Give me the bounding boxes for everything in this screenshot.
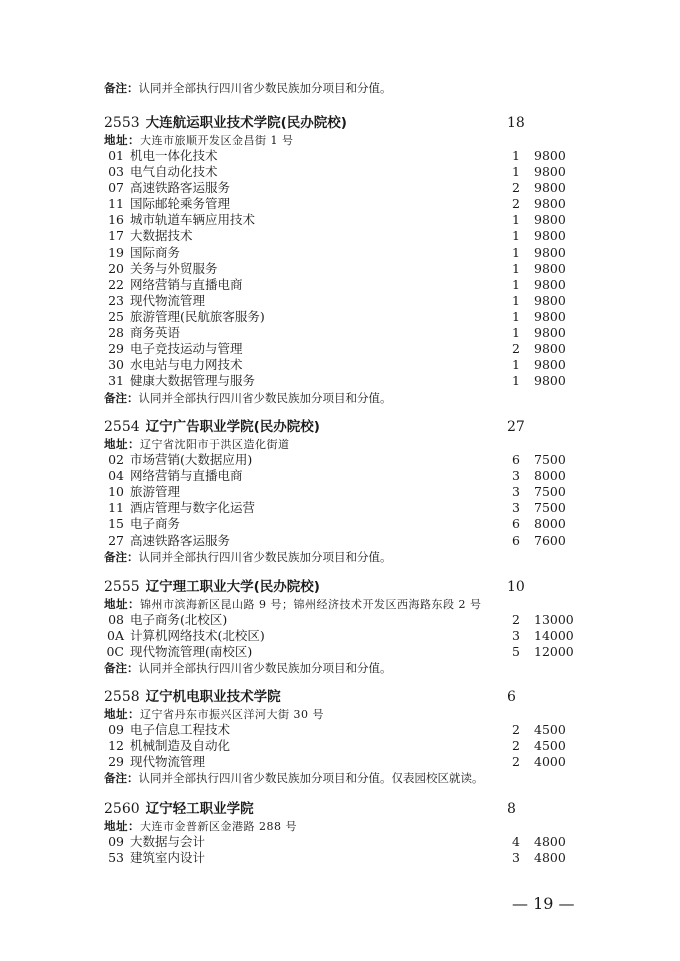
note-text: 认同并全部执行四川省少数民族加分项目和分值。仅表园校区就读。 <box>139 771 484 785</box>
school-header: 2555辽宁理工职业大学(民办院校)10 <box>104 578 320 596</box>
school-header: 2558辽宁机电职业技术学院6 <box>104 688 281 706</box>
major-quota: 1 <box>510 293 520 309</box>
major-quota: 1 <box>510 357 520 373</box>
school-note: 备注：认同并全部执行四川省少数民族加分项目和分值。 <box>104 660 392 676</box>
major-fee: 4800 <box>534 850 566 866</box>
major-code: 17 <box>104 228 124 244</box>
major-fee: 4800 <box>534 834 566 850</box>
major-name: 计算机网络技术(北校区) <box>130 628 265 643</box>
major-fee: 13000 <box>534 612 574 628</box>
major-quota: 1 <box>510 325 520 341</box>
major-quota: 1 <box>510 245 520 261</box>
school-code: 2554 <box>104 419 140 435</box>
major-name: 电子商务(北校区) <box>130 612 227 627</box>
major-row: 07高速铁路客运服务29800 <box>104 180 230 196</box>
school-total: 18 <box>507 114 525 132</box>
major-code: 04 <box>104 468 124 484</box>
major-fee: 7600 <box>534 533 566 549</box>
major-code: 09 <box>104 834 124 850</box>
note-label: 备注： <box>104 391 139 405</box>
major-fee: 8000 <box>534 468 566 484</box>
note-text: 认同并全部执行四川省少数民族加分项目和分值。 <box>139 661 392 675</box>
major-code: 07 <box>104 180 124 196</box>
major-name: 电子商务 <box>130 516 180 531</box>
major-fee: 9800 <box>534 373 566 389</box>
major-quota: 3 <box>510 850 520 866</box>
major-row: 04网络营销与直播电商38000 <box>104 468 243 484</box>
school-code: 2553 <box>104 115 140 131</box>
major-fee: 9800 <box>534 148 566 164</box>
school-address: 地址：大连市旅顺开发区金昌街 1 号 <box>104 132 294 148</box>
major-code: 15 <box>104 516 124 532</box>
major-row: 09大数据与会计44800 <box>104 834 205 850</box>
major-row: 0C现代物流管理(南校区)512000 <box>104 644 252 660</box>
major-fee: 9800 <box>534 196 566 212</box>
major-name: 酒店管理与数字化运营 <box>130 500 255 515</box>
major-quota: 1 <box>510 261 520 277</box>
school-name: 辽宁轻工职业学院 <box>146 801 254 817</box>
major-quota: 2 <box>510 722 520 738</box>
school-address: 地址：锦州市滨海新区昆山路 9 号；锦州经济技术开发区西海路东段 2 号 <box>104 596 481 612</box>
school-name: 辽宁广告职业学院(民办院校) <box>146 419 320 435</box>
major-row: 53建筑室内设计34800 <box>104 850 205 866</box>
major-code: 10 <box>104 484 124 500</box>
note-label: 备注： <box>104 661 139 675</box>
address-label: 地址： <box>104 597 140 611</box>
major-row: 16城市轨道车辆应用技术19800 <box>104 212 255 228</box>
major-code: 30 <box>104 357 124 373</box>
major-quota: 2 <box>510 196 520 212</box>
major-fee: 9800 <box>534 245 566 261</box>
major-row: 09电子信息工程技术24500 <box>104 722 230 738</box>
school-address: 地址：辽宁省丹东市振兴区洋河大街 30 号 <box>104 706 324 722</box>
major-name: 大数据与会计 <box>130 834 205 849</box>
major-fee: 9800 <box>534 212 566 228</box>
major-fee: 7500 <box>534 500 566 516</box>
major-quota: 6 <box>510 533 520 549</box>
major-name: 高速铁路客运服务 <box>130 180 230 195</box>
top-note: 备注：认同并全部执行四川省少数民族加分项目和分值。 <box>104 80 392 96</box>
major-name: 旅游管理 <box>130 484 180 499</box>
major-row: 11国际邮轮乘务管理29800 <box>104 196 230 212</box>
major-row: 17大数据技术19800 <box>104 228 193 244</box>
major-code: 11 <box>104 500 124 516</box>
major-row: 11酒店管理与数字化运营37500 <box>104 500 255 516</box>
address-text: 辽宁省沈阳市于洪区造化街道 <box>140 438 290 451</box>
school-address: 地址：辽宁省沈阳市于洪区造化街道 <box>104 436 290 452</box>
major-name: 关务与外贸服务 <box>130 261 218 276</box>
school-name: 辽宁理工职业大学(民办院校) <box>146 579 320 595</box>
major-code: 0A <box>104 628 124 644</box>
major-name: 建筑室内设计 <box>130 850 205 865</box>
major-name: 健康大数据管理与服务 <box>130 373 255 388</box>
address-text: 大连市金普新区金港路 288 号 <box>140 820 297 833</box>
major-fee: 9800 <box>534 164 566 180</box>
note-text: 认同并全部执行四川省少数民族加分项目和分值。 <box>139 550 392 564</box>
major-name: 机械制造及自动化 <box>130 738 230 753</box>
major-row: 29电子竞技运动与管理29800 <box>104 341 243 357</box>
major-name: 网络营销与直播电商 <box>130 277 243 292</box>
school-note: 备注：认同并全部执行四川省少数民族加分项目和分值。仅表园校区就读。 <box>104 770 484 786</box>
major-quota: 2 <box>510 341 520 357</box>
major-quota: 6 <box>510 452 520 468</box>
note-label: 备注： <box>104 771 139 785</box>
major-code: 01 <box>104 148 124 164</box>
school-total: 10 <box>507 578 525 596</box>
major-name: 现代物流管理 <box>130 293 205 308</box>
major-code: 31 <box>104 373 124 389</box>
school-address: 地址：大连市金普新区金港路 288 号 <box>104 818 297 834</box>
major-code: 08 <box>104 612 124 628</box>
major-name: 电子信息工程技术 <box>130 722 230 737</box>
major-fee: 9800 <box>534 228 566 244</box>
major-row: 08电子商务(北校区)213000 <box>104 612 227 628</box>
major-row: 19国际商务19800 <box>104 245 180 261</box>
major-row: 0A计算机网络技术(北校区)314000 <box>104 628 265 644</box>
major-row: 03电气自动化技术19800 <box>104 164 218 180</box>
major-fee: 9800 <box>534 180 566 196</box>
major-quota: 6 <box>510 516 520 532</box>
major-quota: 3 <box>510 500 520 516</box>
major-name: 大数据技术 <box>130 228 193 243</box>
school-name: 辽宁机电职业技术学院 <box>146 689 281 705</box>
major-name: 电气自动化技术 <box>130 164 218 179</box>
major-fee: 9800 <box>534 357 566 373</box>
school-total: 8 <box>507 800 516 818</box>
major-row: 28商务英语19800 <box>104 325 180 341</box>
major-name: 机电一体化技术 <box>130 148 218 163</box>
school-code: 2555 <box>104 579 140 595</box>
major-fee: 4500 <box>534 722 566 738</box>
major-fee: 4500 <box>534 738 566 754</box>
major-name: 现代物流管理(南校区) <box>130 644 252 659</box>
major-row: 20关务与外贸服务19800 <box>104 261 218 277</box>
address-label: 地址： <box>104 707 140 721</box>
major-code: 02 <box>104 452 124 468</box>
major-quota: 1 <box>510 228 520 244</box>
major-name: 国际邮轮乘务管理 <box>130 196 230 211</box>
address-text: 锦州市滨海新区昆山路 9 号；锦州经济技术开发区西海路东段 2 号 <box>140 598 481 611</box>
major-quota: 1 <box>510 277 520 293</box>
major-fee: 9800 <box>534 277 566 293</box>
major-fee: 9800 <box>534 261 566 277</box>
page-number: — 19 — <box>512 894 575 913</box>
major-name: 市场营销(大数据应用) <box>130 452 252 467</box>
major-fee: 8000 <box>534 516 566 532</box>
major-code: 27 <box>104 533 124 549</box>
school-note: 备注：认同并全部执行四川省少数民族加分项目和分值。 <box>104 390 392 406</box>
major-name: 高速铁路客运服务 <box>130 533 230 548</box>
major-quota: 4 <box>510 834 520 850</box>
major-fee: 7500 <box>534 484 566 500</box>
major-quota: 1 <box>510 212 520 228</box>
major-row: 23现代物流管理19800 <box>104 293 205 309</box>
major-row: 25旅游管理(民航旅客服务)19800 <box>104 309 265 325</box>
school-name: 大连航运职业技术学院(民办院校) <box>146 115 347 131</box>
major-fee: 12000 <box>534 644 574 660</box>
major-name: 现代物流管理 <box>130 754 205 769</box>
major-row: 22网络营销与直播电商19800 <box>104 277 243 293</box>
school-total: 27 <box>507 418 525 436</box>
major-code: 22 <box>104 277 124 293</box>
major-row: 31健康大数据管理与服务19800 <box>104 373 255 389</box>
address-text: 辽宁省丹东市振兴区洋河大街 30 号 <box>140 708 324 721</box>
major-fee: 9800 <box>534 293 566 309</box>
major-name: 水电站与电力网技术 <box>130 357 243 372</box>
address-label: 地址： <box>104 437 140 451</box>
major-name: 电子竞技运动与管理 <box>130 341 243 356</box>
major-name: 商务英语 <box>130 325 180 340</box>
major-quota: 2 <box>510 738 520 754</box>
major-row: 29现代物流管理24000 <box>104 754 205 770</box>
major-fee: 9800 <box>534 309 566 325</box>
major-code: 19 <box>104 245 124 261</box>
major-quota: 2 <box>510 754 520 770</box>
major-quota: 2 <box>510 612 520 628</box>
major-row: 01机电一体化技术19800 <box>104 148 218 164</box>
school-code: 2560 <box>104 801 140 817</box>
note-label: 备注： <box>104 81 139 95</box>
major-quota: 5 <box>510 644 520 660</box>
major-fee: 14000 <box>534 628 574 644</box>
major-row: 12机械制造及自动化24500 <box>104 738 230 754</box>
major-code: 29 <box>104 341 124 357</box>
major-code: 03 <box>104 164 124 180</box>
major-row: 10旅游管理37500 <box>104 484 180 500</box>
major-quota: 2 <box>510 180 520 196</box>
address-text: 大连市旅顺开发区金昌街 1 号 <box>140 134 294 147</box>
major-name: 城市轨道车辆应用技术 <box>130 212 255 227</box>
major-quota: 1 <box>510 148 520 164</box>
major-fee: 9800 <box>534 325 566 341</box>
major-code: 11 <box>104 196 124 212</box>
major-code: 12 <box>104 738 124 754</box>
address-label: 地址： <box>104 133 140 147</box>
major-fee: 9800 <box>534 341 566 357</box>
major-code: 53 <box>104 850 124 866</box>
major-quota: 1 <box>510 164 520 180</box>
major-fee: 4000 <box>534 754 566 770</box>
major-code: 28 <box>104 325 124 341</box>
major-code: 16 <box>104 212 124 228</box>
school-note: 备注：认同并全部执行四川省少数民族加分项目和分值。 <box>104 549 392 565</box>
note-text: 认同并全部执行四川省少数民族加分项目和分值。 <box>139 391 392 405</box>
major-row: 02市场营销(大数据应用)67500 <box>104 452 252 468</box>
major-row: 30水电站与电力网技术19800 <box>104 357 243 373</box>
major-code: 0C <box>104 644 124 660</box>
major-name: 旅游管理(民航旅客服务) <box>130 309 265 324</box>
major-code: 23 <box>104 293 124 309</box>
school-header: 2554辽宁广告职业学院(民办院校)27 <box>104 418 320 436</box>
major-quota: 3 <box>510 628 520 644</box>
major-quota: 1 <box>510 373 520 389</box>
address-label: 地址： <box>104 819 140 833</box>
major-quota: 1 <box>510 309 520 325</box>
school-code: 2558 <box>104 689 140 705</box>
school-total: 6 <box>507 688 516 706</box>
major-name: 网络营销与直播电商 <box>130 468 243 483</box>
note-label: 备注： <box>104 550 139 564</box>
major-row: 27高速铁路客运服务67600 <box>104 533 230 549</box>
major-quota: 3 <box>510 484 520 500</box>
major-row: 15电子商务68000 <box>104 516 180 532</box>
major-code: 20 <box>104 261 124 277</box>
major-code: 29 <box>104 754 124 770</box>
note-text: 认同并全部执行四川省少数民族加分项目和分值。 <box>139 81 392 95</box>
school-header: 2560辽宁轻工职业学院8 <box>104 800 254 818</box>
major-quota: 3 <box>510 468 520 484</box>
major-name: 国际商务 <box>130 245 180 260</box>
major-code: 25 <box>104 309 124 325</box>
major-fee: 7500 <box>534 452 566 468</box>
major-code: 09 <box>104 722 124 738</box>
school-header: 2553大连航运职业技术学院(民办院校)18 <box>104 114 347 132</box>
